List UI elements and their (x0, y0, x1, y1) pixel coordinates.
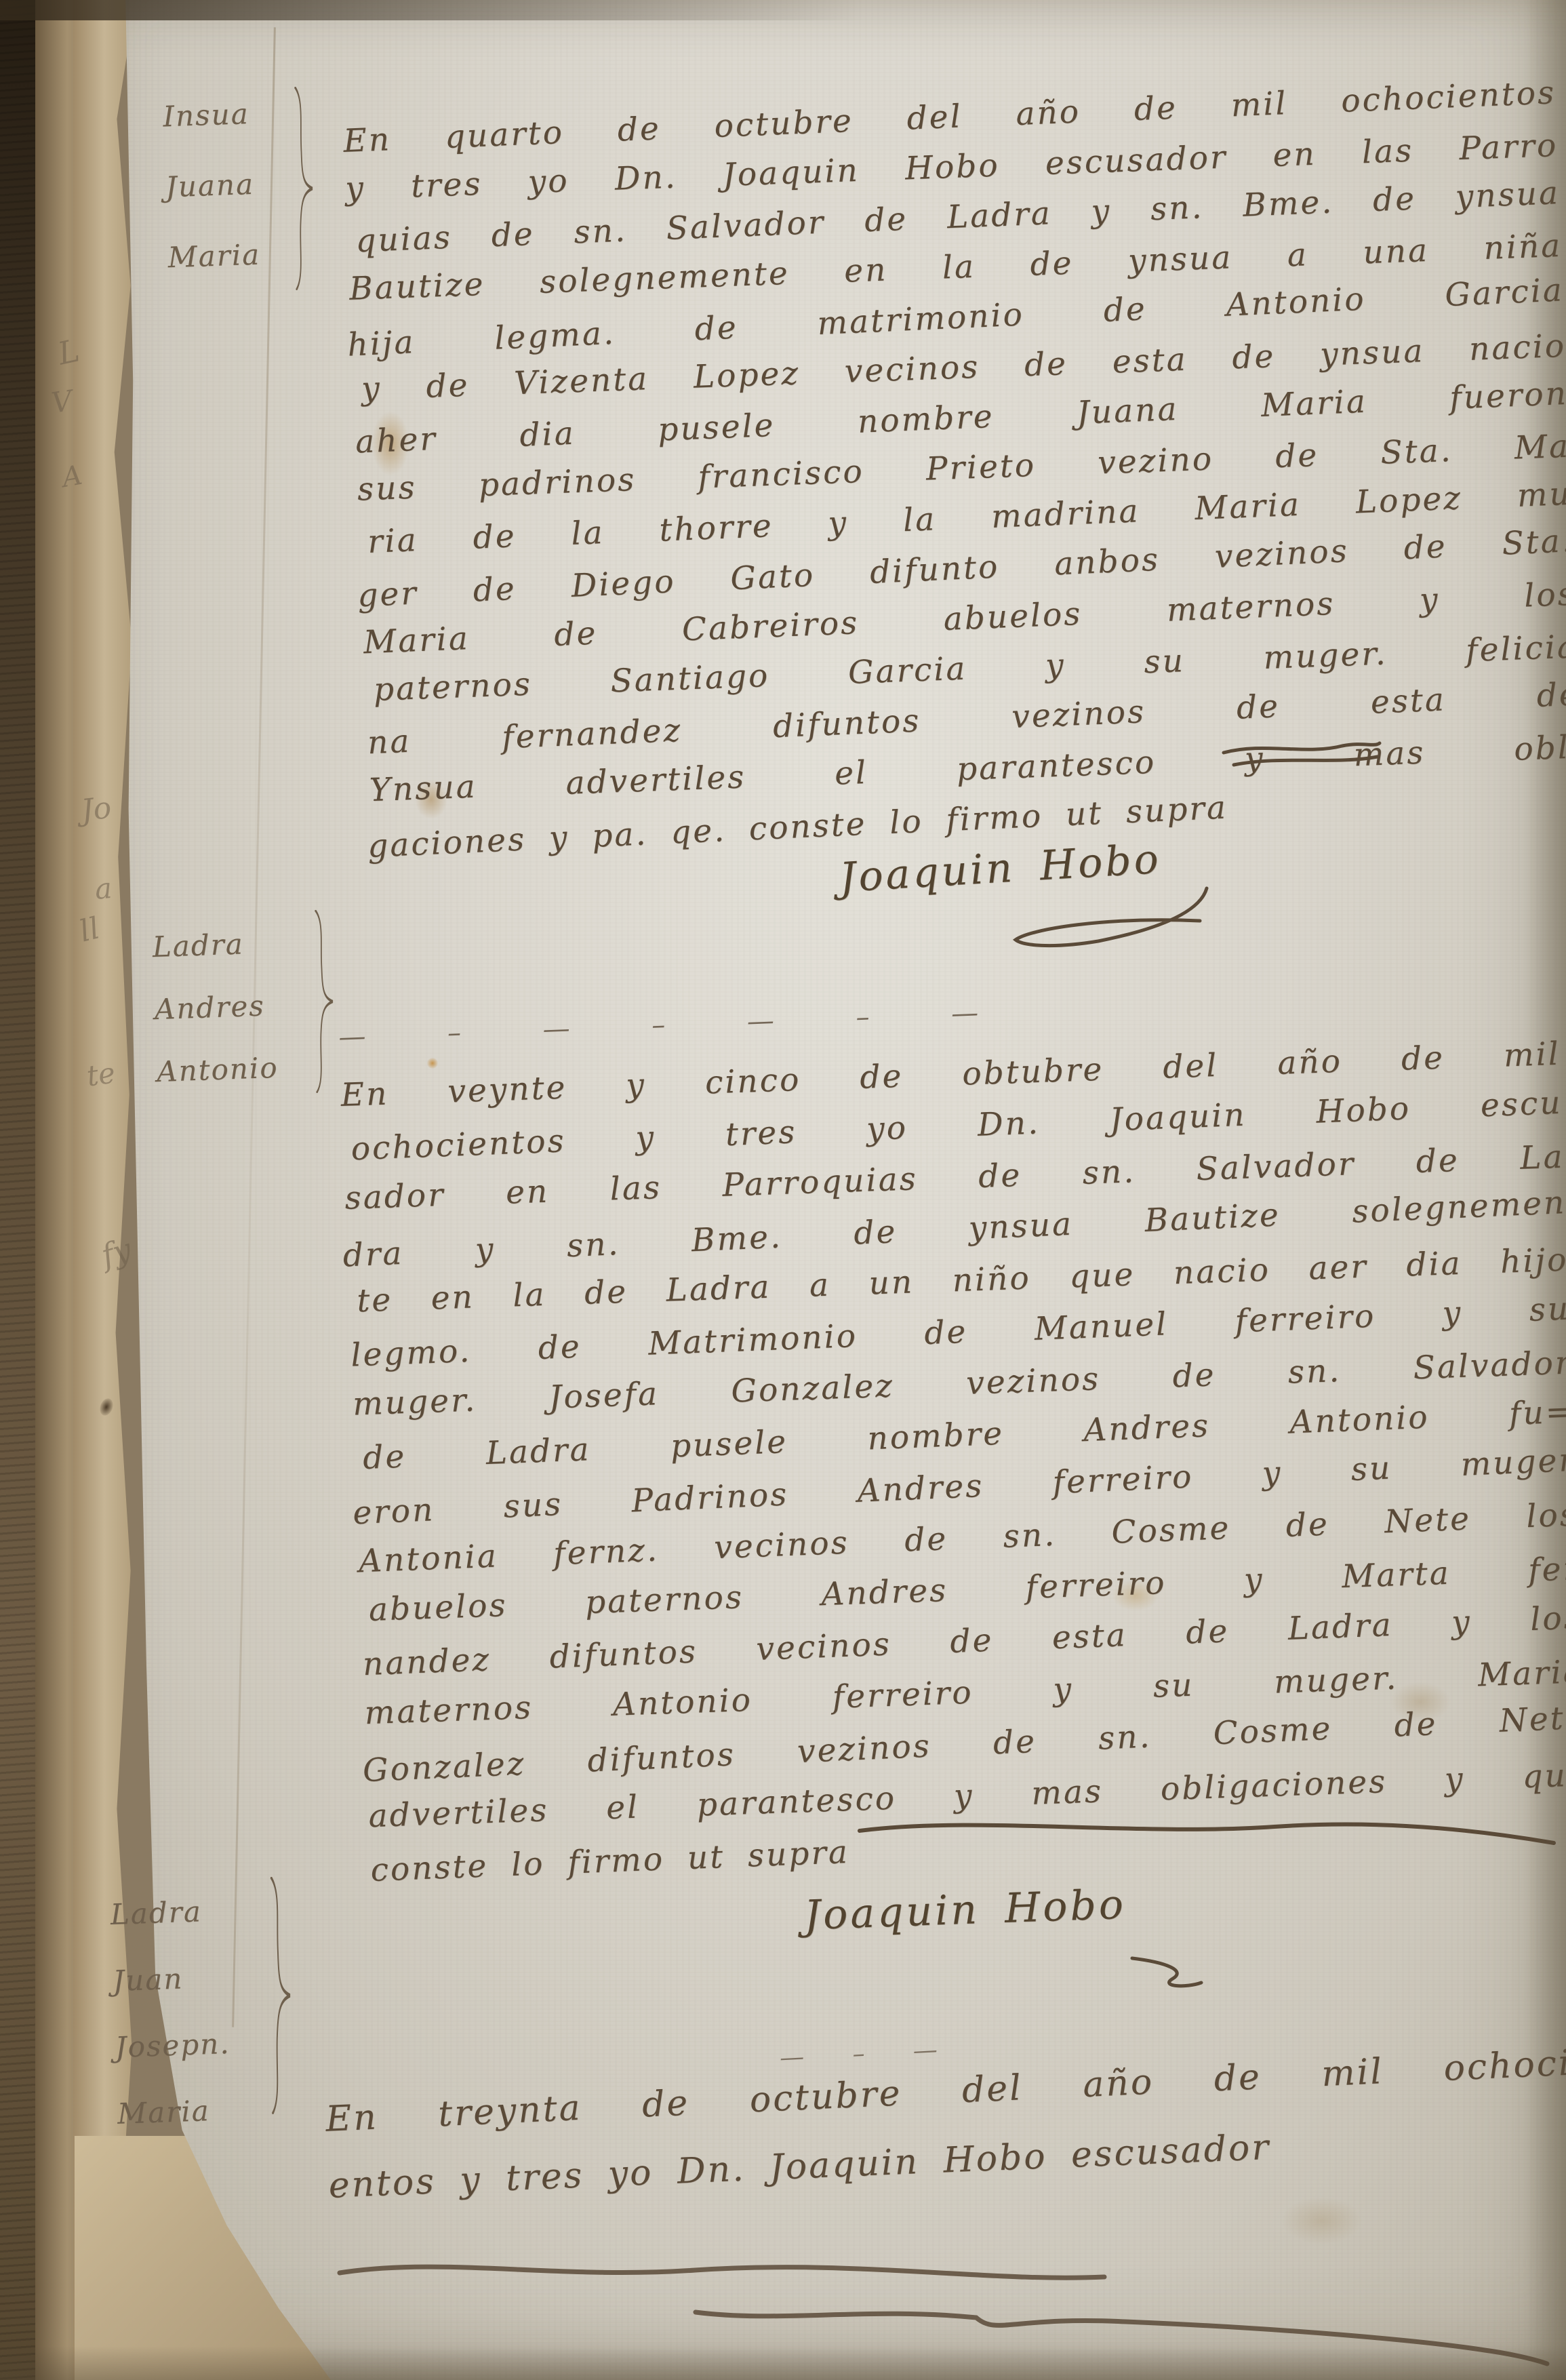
edge-text-fragment: Jo (79, 791, 113, 828)
margin-note-line: Juana (164, 149, 259, 223)
margin-brace (310, 910, 340, 1093)
margin-note-line: Maria (116, 2077, 233, 2147)
margin-brace (266, 1877, 298, 2114)
margin-note-line: Ladra (109, 1878, 226, 1948)
signature-rubric (997, 881, 1213, 956)
margin-note-insua: Insua Juana Maria (162, 79, 262, 294)
manuscript-photo: Insua Juana Maria Ladra Andres Antonio L… (0, 0, 1566, 2380)
margin-note-line: Juan (112, 1944, 229, 2015)
margin-note-ladra-andres: Ladra Andres Antonio (151, 912, 279, 1103)
photo-bottom-shadow (0, 2346, 1566, 2380)
margin-note-line: Insua (162, 79, 257, 153)
edge-text-fragment: a (94, 871, 113, 906)
margin-note-line: Antonio (156, 1037, 279, 1103)
line-end-flourish (854, 1804, 1559, 1865)
margin-brace (290, 87, 320, 290)
margin-note-line: Josepn. (114, 2010, 231, 2081)
margin-note-line: Andres (153, 974, 277, 1041)
signature-rubric (1125, 1953, 1207, 1994)
photo-right-shadow (1525, 0, 1566, 2380)
margin-note-line: Ladra (151, 912, 275, 978)
margin-note-ladra-juan: Ladra Juan Josepn. Maria (109, 1878, 233, 2147)
line-end-flourish (1220, 732, 1383, 780)
photo-top-shadow (0, 0, 1017, 20)
edge-text-fragment: te (85, 1056, 117, 1092)
baptism-entry-andres-antonio: — – — – — – — Enveynteycincodeobtubredel… (338, 965, 1566, 1897)
margin-note-line: Maria (167, 220, 262, 294)
